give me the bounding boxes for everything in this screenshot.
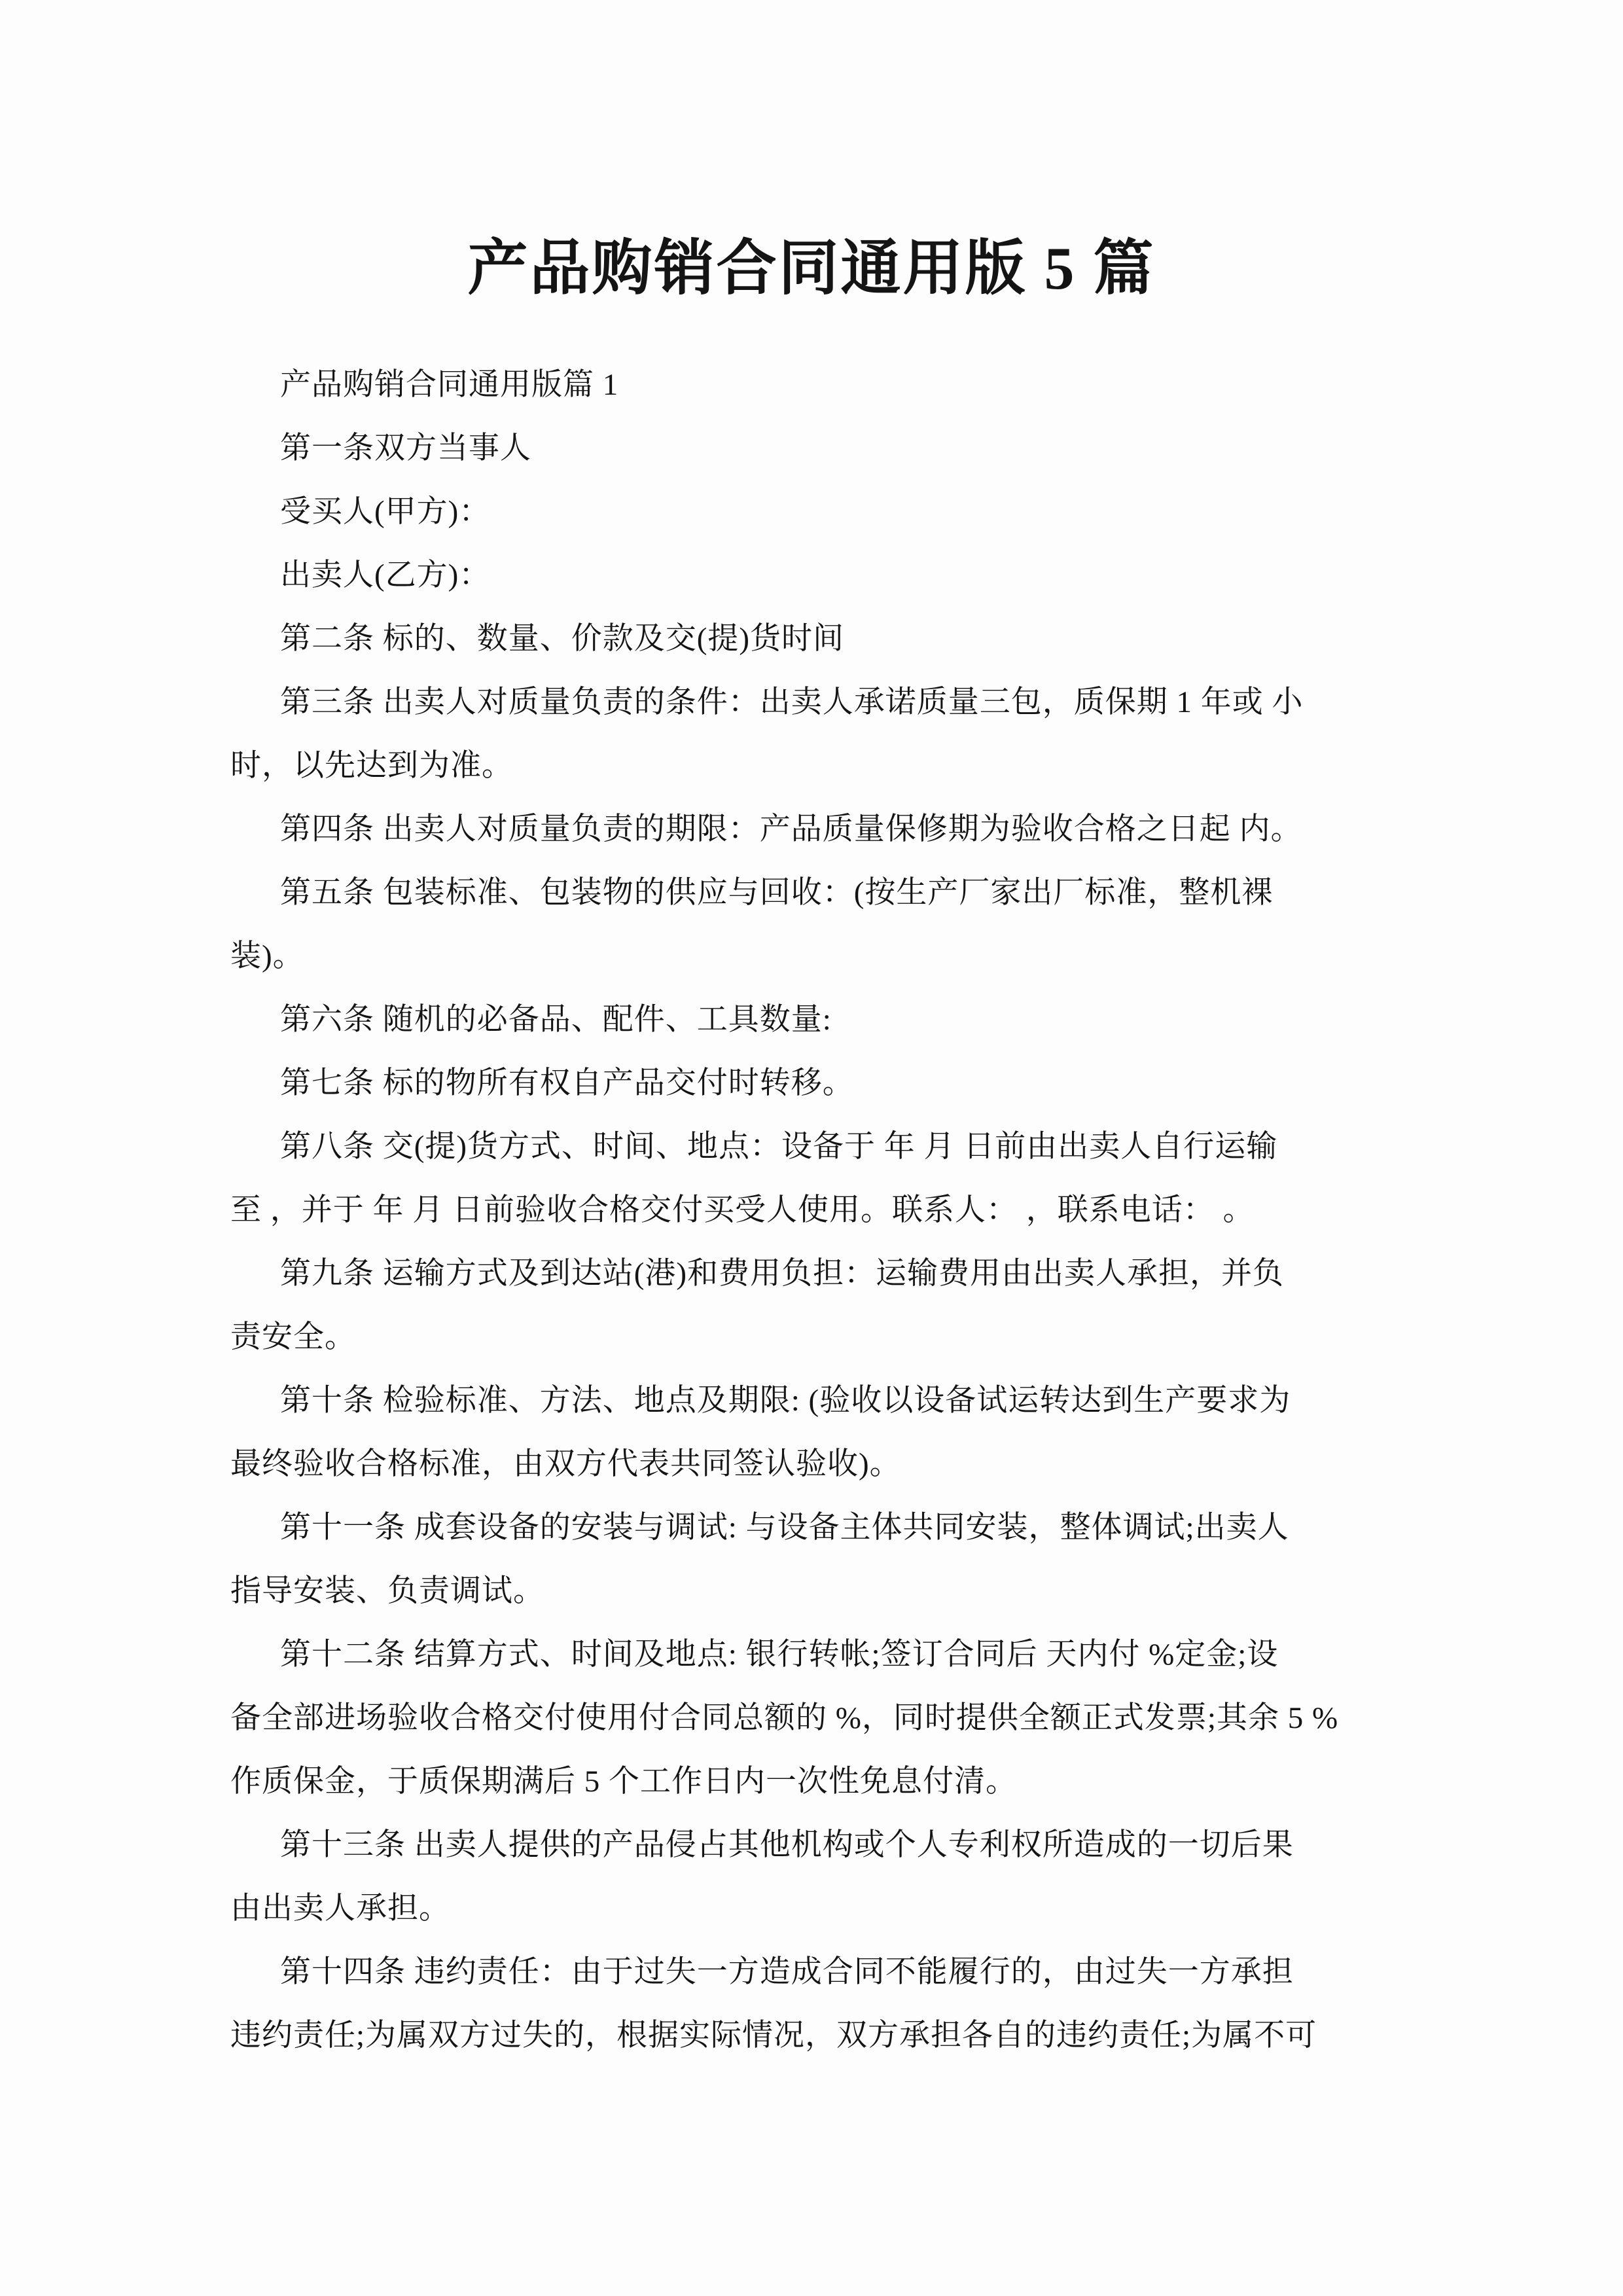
document-body: 产品购销合同通用版篇 1 第一条双方当事人 受买人(甲方)： 出卖人(乙方)： … bbox=[230, 353, 1408, 2068]
text-line: 第十三条 出卖人提供的产品侵占其他机构或个人专利权所造成的一切后果 bbox=[230, 1814, 1408, 1877]
text-line: 第十一条 成套设备的安装与调试: 与设备主体共同安装，整体调试;出卖人 bbox=[230, 1496, 1408, 1560]
text-line: 至 ，并于 年 月 日前验收合格交付买受人使用。联系人： ，联系电话： 。 bbox=[230, 1179, 1408, 1242]
text-line: 第十二条 结算方式、时间及地点: 银行转帐;签订合同后 天内付 %定金;设 bbox=[230, 1623, 1408, 1687]
text-line: 第十四条 违约责任：由于过失一方造成合同不能履行的，由过失一方承担 bbox=[230, 1941, 1408, 2004]
text-line: 第五条 包装标准、包装物的供应与回收：(按生产厂家出厂标准，整机裸 bbox=[230, 861, 1408, 925]
text-line: 第七条 标的物所有权自产品交付时转移。 bbox=[230, 1052, 1408, 1115]
text-line: 产品购销合同通用版篇 1 bbox=[230, 353, 1408, 417]
text-line: 第二条 标的、数量、价款及交(提)货时间 bbox=[230, 607, 1408, 671]
text-line: 时，以先达到为准。 bbox=[230, 734, 1408, 798]
text-line: 第一条双方当事人 bbox=[230, 417, 1408, 480]
text-line: 最终验收合格标准，由双方代表共同签认验收)。 bbox=[230, 1433, 1408, 1496]
text-line: 装)。 bbox=[230, 925, 1408, 988]
text-line: 违约责任;为属双方过失的，根据实际情况，双方承担各自的违约责任;为属不可 bbox=[230, 2004, 1408, 2068]
text-line: 指导安装、负责调试。 bbox=[230, 1560, 1408, 1623]
text-line: 由出卖人承担。 bbox=[230, 1877, 1408, 1941]
text-line: 第十条 检验标准、方法、地点及期限: (验收以设备试运转达到生产要求为 bbox=[230, 1369, 1408, 1433]
text-line: 第四条 出卖人对质量负责的期限：产品质量保修期为验收合格之日起 内。 bbox=[230, 798, 1408, 861]
document-page: 产品购销合同通用版 5 篇 产品购销合同通用版篇 1 第一条双方当事人 受买人(… bbox=[0, 0, 1623, 2296]
document-title: 产品购销合同通用版 5 篇 bbox=[0, 229, 1623, 308]
text-line: 作质保金，于质保期满后 5 个工作日内一次性免息付清。 bbox=[230, 1750, 1408, 1814]
text-line: 第六条 随机的必备品、配件、工具数量: bbox=[230, 988, 1408, 1052]
text-line: 受买人(甲方)： bbox=[230, 480, 1408, 544]
text-line: 责安全。 bbox=[230, 1306, 1408, 1369]
text-line: 第九条 运输方式及到达站(港)和费用负担：运输费用由出卖人承担，并负 bbox=[230, 1242, 1408, 1306]
text-line: 第八条 交(提)货方式、时间、地点：设备于 年 月 日前由出卖人自行运输 bbox=[230, 1115, 1408, 1179]
text-line: 第三条 出卖人对质量负责的条件：出卖人承诺质量三包，质保期 1 年或 小 bbox=[230, 671, 1408, 734]
text-line: 出卖人(乙方)： bbox=[230, 544, 1408, 607]
text-line: 备全部进场验收合格交付使用付合同总额的 %，同时提供全额正式发票;其余 5 % bbox=[230, 1687, 1408, 1750]
